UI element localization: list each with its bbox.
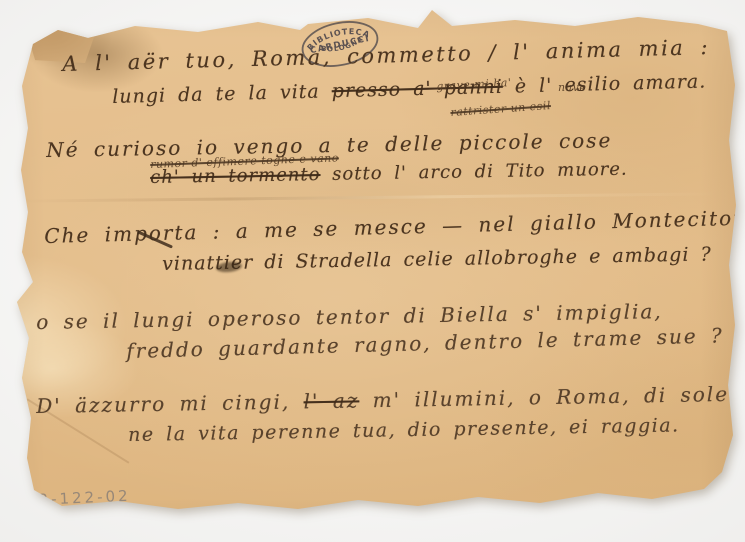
interlinear-note: grave mi ha'	[436, 76, 512, 93]
verse-text: ne la vita perenne tua, dio presente, ei…	[128, 414, 680, 446]
verse-text: sotto l' arco di Tito muore.	[320, 159, 628, 185]
scanned-manuscript-page: BIBLIOTECA CARDUCCI BOLOGNA A l' aër tuo…	[0, 0, 745, 542]
verse-line-2: lungi da te la vita presso a' panni è l'…	[112, 70, 707, 108]
verse-text: o se il lungi operoso tentor di Biella s…	[36, 299, 663, 334]
verse-text: m' illumini, o Roma, di sole :	[359, 382, 745, 413]
verse-text: è l' esilio amara.	[503, 70, 707, 97]
stamp-text-top: BIBLIOTECA	[303, 22, 373, 54]
verse-text: freddo guardante ragno, dentro le trame …	[126, 323, 724, 363]
verse-text: A l' aër tuo, Roma, commetto / l' anima …	[62, 35, 710, 76]
paper-sheet-wrapper: BIBLIOTECA CARDUCCI BOLOGNA A l' aër tuo…	[0, 0, 745, 542]
verse-text: Che importa : a me se mesce — nel giallo…	[44, 205, 745, 248]
verse-line-9: D' äzzurro mi cingi, l' az m' illumini, …	[36, 382, 745, 418]
verse-text: D' äzzurro mi cingi,	[36, 389, 304, 418]
verse-line-6: vinattier di Stradella celie allobroghe …	[162, 243, 712, 275]
verse-line-8: freddo guardante ragno, dentro le trame …	[126, 323, 724, 363]
stamp-oval-border	[298, 16, 381, 73]
stamp-text-bottom: BOLOGNA	[319, 34, 367, 57]
corner-crease	[27, 398, 130, 463]
verse-line-7: o se il lungi operoso tentor di Biella s…	[36, 299, 663, 334]
horizontal-crease	[20, 192, 720, 202]
interlinear-note-struck: rumor d' effimere toghe e vano	[150, 151, 339, 171]
interlinear-note: nave	[558, 81, 586, 94]
verse-line-5: Che importa : a me se mesce — nel giallo…	[44, 205, 745, 248]
stamp-text-middle: CARDUCCI	[309, 34, 371, 56]
torn-corner-flap	[30, 27, 94, 63]
verse-line-3: Né curioso io vengo a te delle piccole c…	[46, 128, 613, 162]
ink-blot	[216, 261, 243, 274]
verse-line-4: ch' un tormento sotto l' arco di Tito mu…	[150, 159, 628, 188]
manuscript-paper: BIBLIOTECA CARDUCCI BOLOGNA A l' aër tuo…	[0, 0, 745, 542]
interlinear-note-struck: rattrister un esil	[450, 99, 551, 119]
verse-line-1: A l' aër tuo, Roma, commetto / l' anima …	[62, 35, 710, 76]
library-stamp: BIBLIOTECA CARDUCCI BOLOGNA	[294, 12, 386, 76]
verse-text: Né curioso io vengo a te delle piccole c…	[46, 128, 613, 162]
verse-text: vinattier di Stradella celie allobroghe …	[162, 243, 712, 275]
verse-line-10: ne la vita perenne tua, dio presente, ei…	[128, 414, 680, 446]
struck-text: l' az	[303, 388, 359, 413]
struck-text: presso a' panni	[331, 76, 503, 102]
ink-caret-mark	[137, 230, 173, 248]
verse-text: lungi da te la vita	[112, 80, 332, 108]
catalog-number-pencil: 02-122-02	[26, 487, 131, 510]
struck-text: ch' un tormento	[150, 164, 321, 188]
